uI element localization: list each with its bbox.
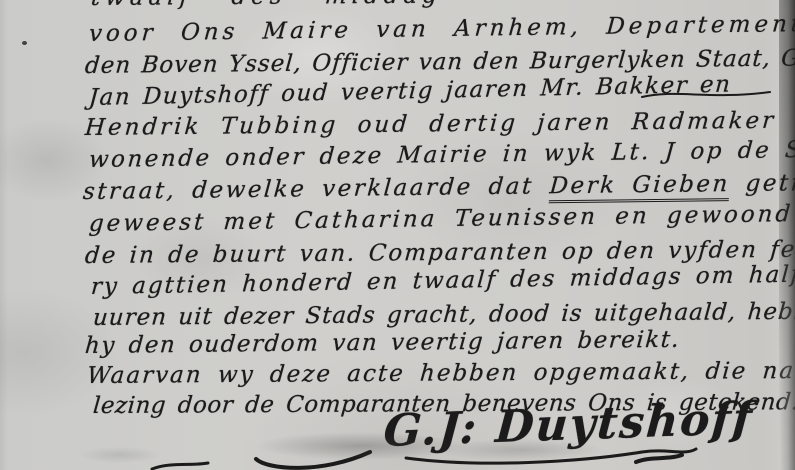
manuscript-line: twaalf des middag [90, 0, 443, 11]
document-scan: twaalf des middag voor Ons Maire van Arn… [0, 0, 795, 470]
manuscript-line: voor Ons Maire van Arnhem, Departement v… [88, 11, 795, 47]
ink-speck [22, 41, 27, 45]
pen-flourish [640, 86, 775, 102]
manuscript-line: geweest met Catharina Teunissen en gewoo… [88, 200, 795, 237]
manuscript-line: Hendrik Tubbing oud dertig jaren Radmake… [84, 108, 795, 142]
underlined-name: Derk Gieben [548, 171, 731, 203]
partial-signature-stroke [252, 450, 382, 470]
manuscript-line: hy den ouderdom van veertig jaren bereik… [84, 328, 681, 360]
manuscript-line: uuren uit dezer Stads gracht, dood is ui… [92, 299, 795, 331]
manuscript-line: wonende onder deze Mairie in wyk Lt. J o… [88, 137, 795, 173]
manuscript-line: Jan Duytshoff oud veertig jaaren Mr. Bak… [88, 73, 732, 112]
manuscript-line: straat, dewelke verklaarde dat Derk Gieb… [82, 170, 795, 205]
manuscript-line: Waarvan wy deze acte hebben opgemaakt, d… [86, 358, 795, 389]
signature-flourish [400, 440, 700, 468]
line-text: straat, dewelke verklaarde dat [82, 173, 551, 205]
partial-signature-stroke [150, 460, 210, 470]
page-edge-shadow [779, 0, 795, 470]
